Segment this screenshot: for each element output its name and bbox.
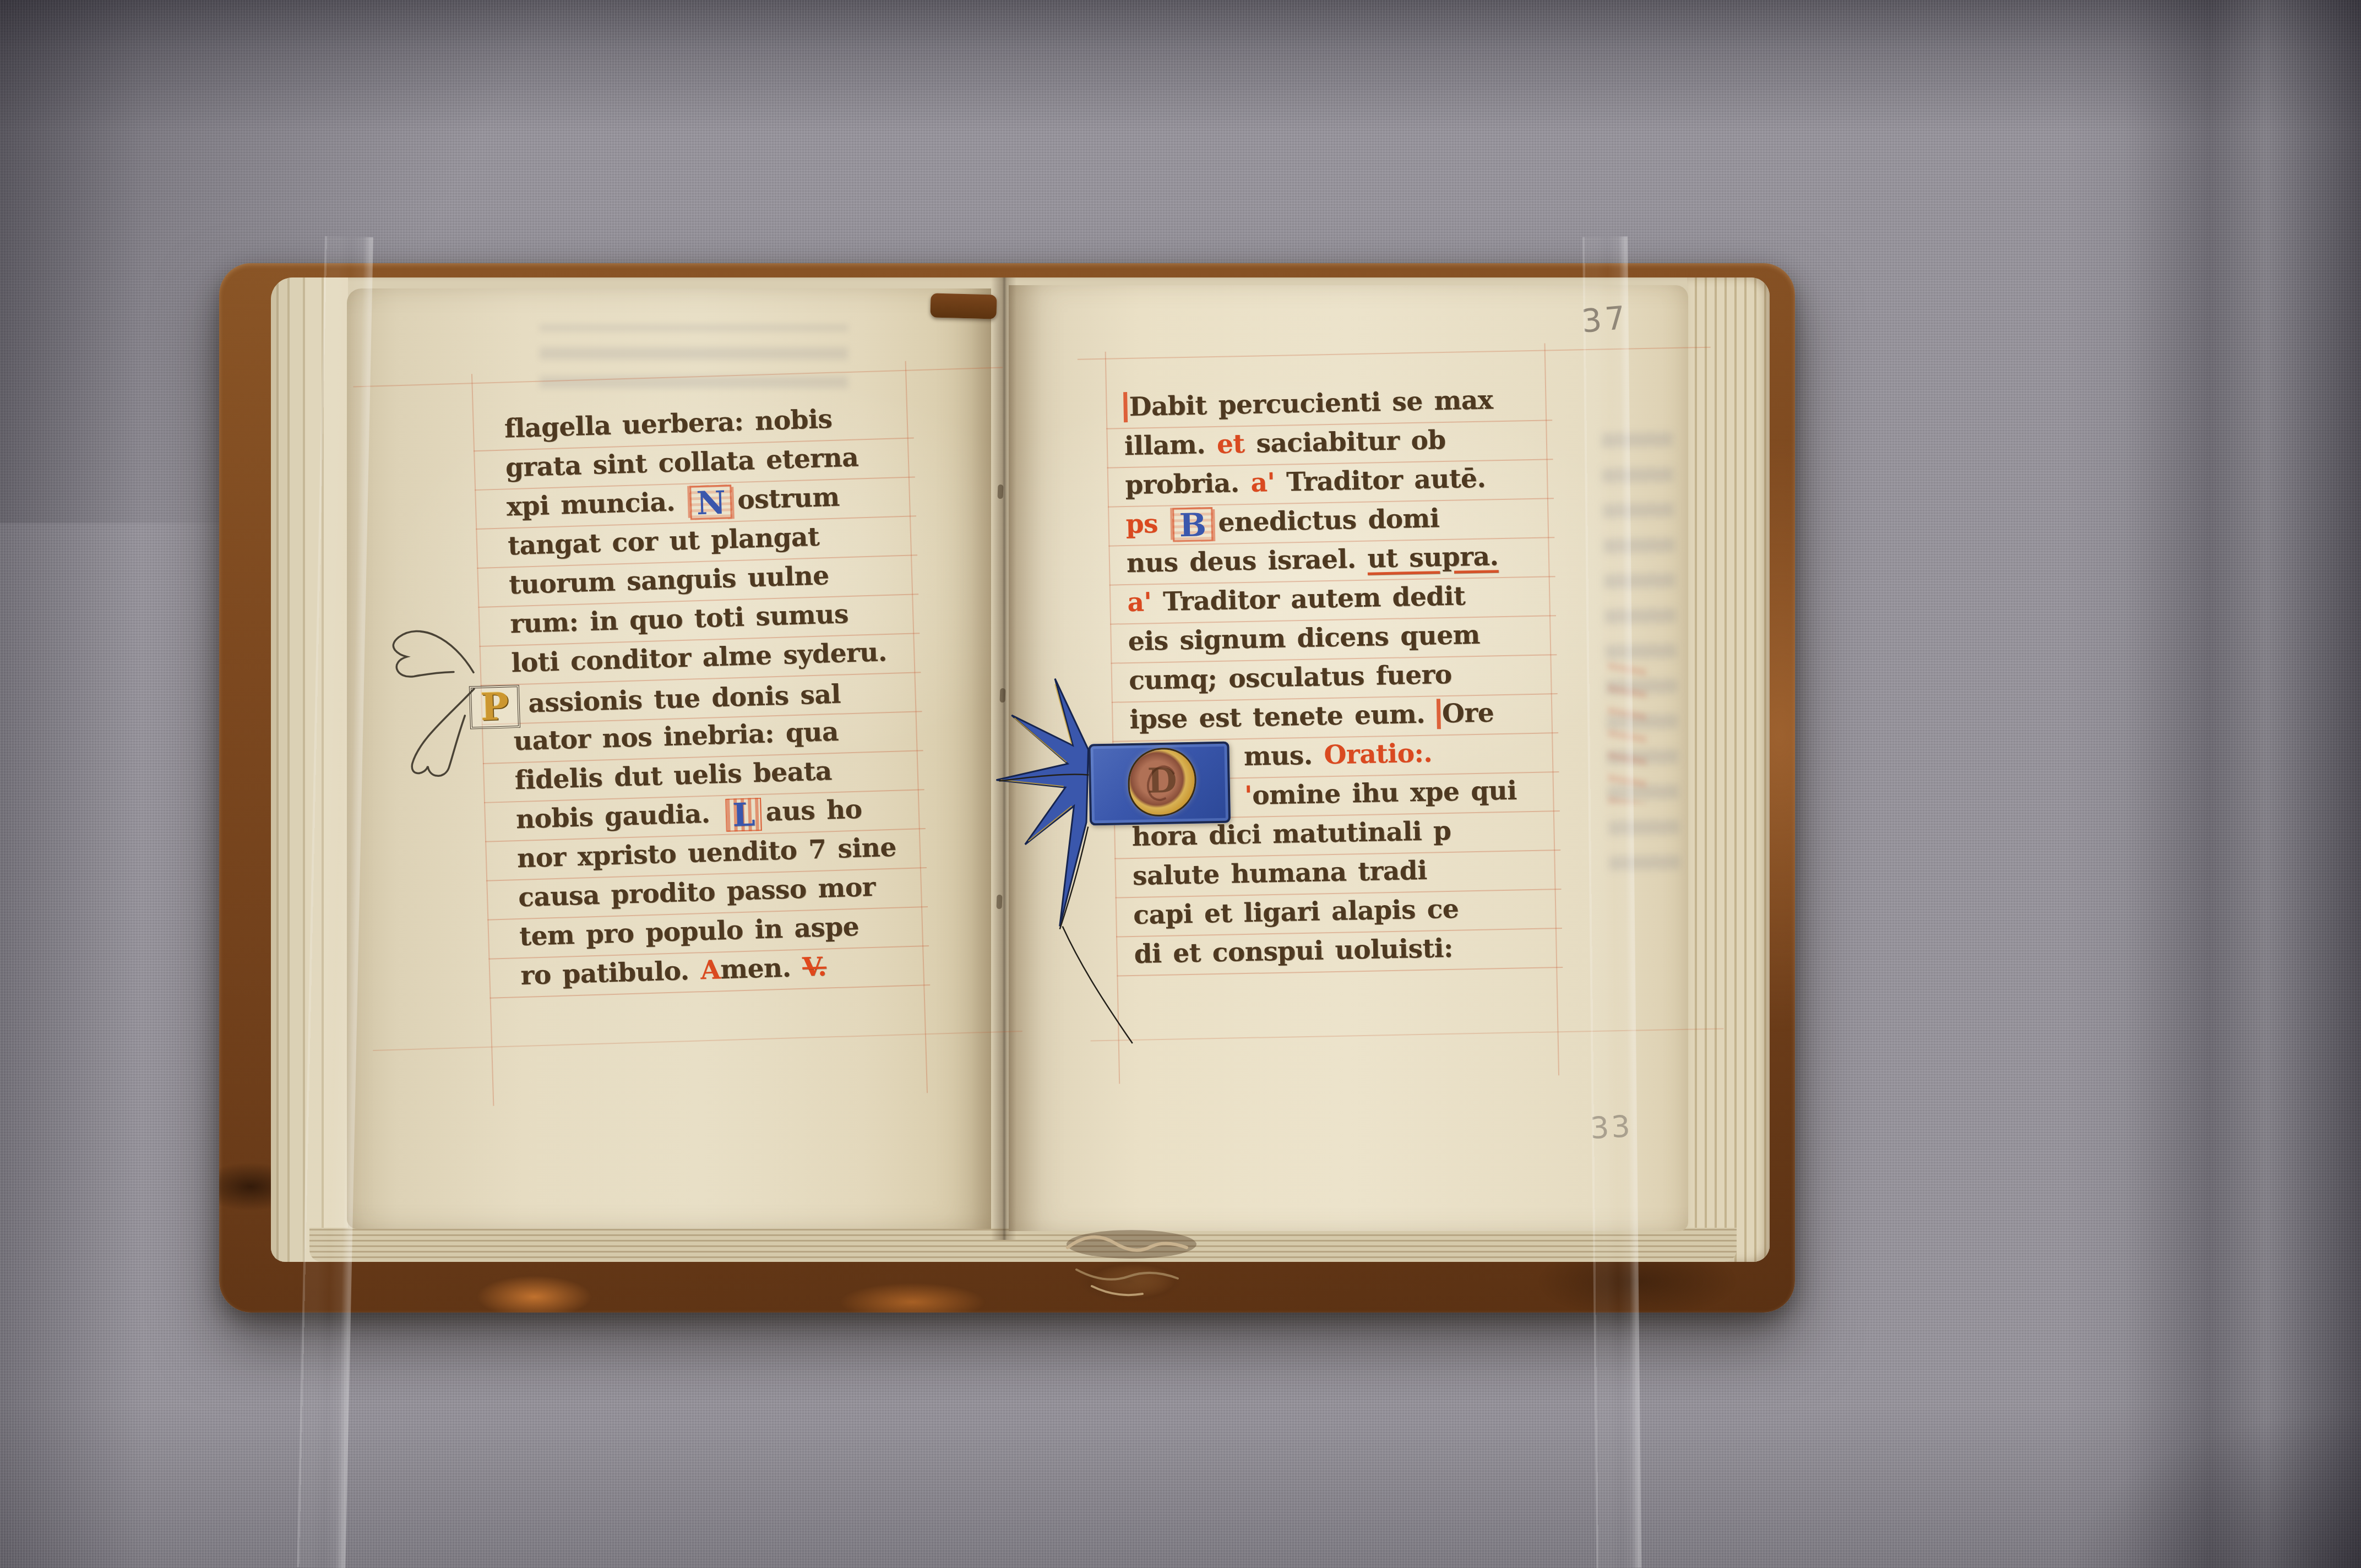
manuscript-text: enedictus domi <box>1218 503 1440 538</box>
manuscript-text: fidelis dut uelis beata <box>514 756 832 796</box>
manuscript-text: abit percucienti se max <box>1151 385 1493 422</box>
manuscript-text: men. <box>720 952 803 985</box>
manuscript-text: ro patibulo. <box>520 955 701 991</box>
illuminated-initial: N <box>689 484 732 520</box>
spine-leather-top-nub <box>930 293 997 319</box>
frayed-binding-threads <box>1060 1221 1203 1304</box>
manuscript-text: cumq; osculatus fuero <box>1129 660 1452 696</box>
manuscript-text: di et conspui uoluisti: <box>1134 933 1453 970</box>
illuminated-initial-d: D <box>1088 742 1231 826</box>
gold-letter-roundel: D <box>1129 749 1195 815</box>
rubric-text: a' <box>1127 587 1152 618</box>
showthrough-text-ghost-left <box>540 325 848 388</box>
manuscript-text: tuorum sanguis uulne <box>509 560 830 600</box>
initial-flourish-spikes <box>988 660 1183 1048</box>
rubric-text: ' <box>1244 781 1253 811</box>
manuscript-text: xpi muncia. <box>506 487 687 522</box>
rubric-text: ps <box>1125 509 1169 540</box>
manuscript-text: assionis tue donis sal <box>528 679 841 719</box>
fabric-shadow-bottom-right <box>1865 1293 2361 1568</box>
manuscript-text: Traditor autē. <box>1275 464 1486 498</box>
manuscript-text: tangat cor ut plangat <box>507 522 819 562</box>
right-page-text-block: Dabit percucienti se maxillam. et saciab… <box>1106 382 1563 976</box>
rubric-text: A <box>700 955 721 986</box>
gothic-text-lines: flagella uerbera: nobisgrata sint collat… <box>472 399 930 998</box>
manuscript-text: O <box>1436 698 1464 729</box>
illuminated-initial: B <box>1172 507 1213 542</box>
grand-initial-letter: D <box>1147 760 1177 801</box>
bottom-page-stack-edges <box>309 1228 1737 1262</box>
illuminated-initial: L <box>725 798 761 832</box>
manuscript-text: omine ihu xpe qui <box>1252 776 1517 811</box>
manuscript-text: re <box>1464 698 1494 728</box>
right-page-stack-edges <box>1687 277 1770 1262</box>
manuscript-text: flagella uerbera: nobis <box>504 404 833 444</box>
manuscript-text: nus deus israel. <box>1127 544 1368 579</box>
rubric-text: V. <box>802 952 826 983</box>
manuscript-text: illam. <box>1124 429 1217 461</box>
gutter-sewing-stitch <box>998 484 1004 499</box>
manuscript-text: saciabitur ob <box>1244 425 1446 459</box>
manuscript-text: rum: in quo toti sumus <box>510 599 849 639</box>
rubric-text: Oratio:. <box>1324 738 1433 771</box>
manuscript-text: capi et ligari alapis ce <box>1133 894 1459 930</box>
manuscript-text: Traditor autem dedit <box>1151 581 1466 617</box>
manuscript-text: probria. <box>1125 468 1251 500</box>
manuscript-text: ut supra. <box>1367 541 1499 574</box>
manuscript-text: nobis gaudia. <box>515 798 722 835</box>
manuscript-text: mus. <box>1243 740 1324 772</box>
manuscript-text: D <box>1123 391 1151 422</box>
manuscript-text: aus ho <box>765 794 863 827</box>
left-page-text-block: flagella uerbera: nobisgrata sint collat… <box>472 399 930 998</box>
manuscript-text: tem pro populo in aspe <box>519 912 859 952</box>
marginal-penwork-doodle <box>369 606 485 797</box>
manuscript-text: uator nos inebria: qua <box>513 717 839 756</box>
rubric-text: et <box>1216 429 1245 460</box>
manuscript-text: eis signum dicens quem <box>1128 620 1480 657</box>
rubric-text: a' <box>1250 467 1275 498</box>
manuscript-text: ostrum <box>737 482 840 515</box>
photo-of-open-medieval-manuscript: flagella uerbera: nobisgrata sint collat… <box>0 0 2361 1568</box>
